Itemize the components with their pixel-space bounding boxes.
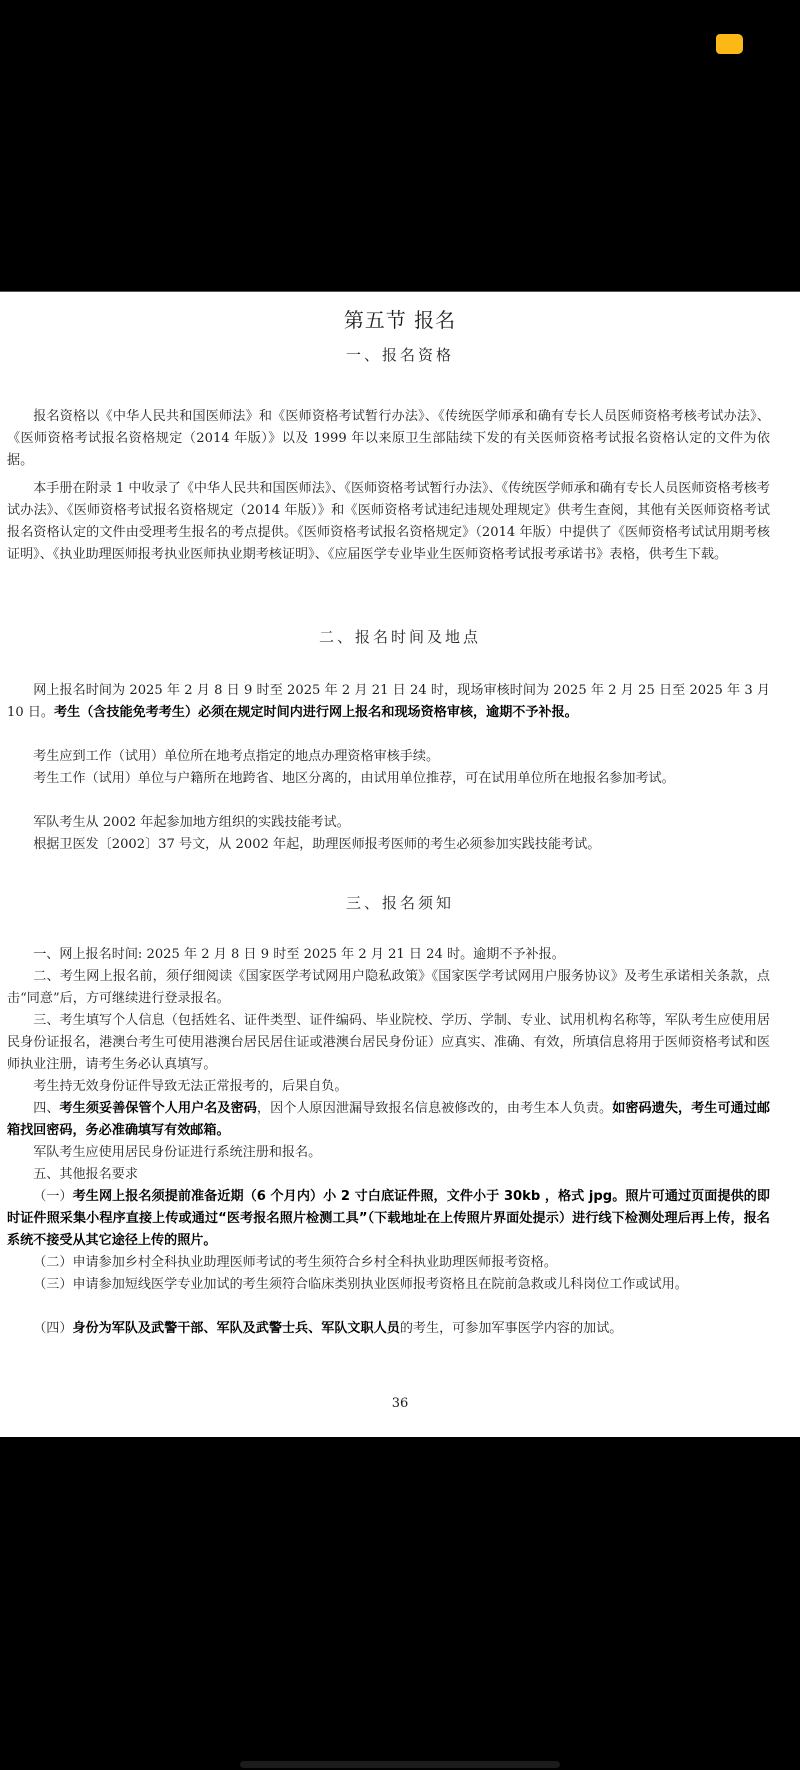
sub-item-3: （三）申请参加短线医学专业加试的考生须符合临床类别执业医师报考资格且在院前急救或… [7,1274,770,1296]
notice-item-4: 四、考生须妥善保管个人用户名及密码，因个人原因泄漏导致报名信息被修改的，由考生本… [7,1098,770,1142]
text-normal: 的考生，可参加军事医学内容的加试。 [400,1321,623,1336]
paragraph: 网上报名时间为 2025 年 2 月 8 日 9 时至 2025 年 2 月 2… [7,680,770,724]
notice-item-5: 五、其他报名要求 [7,1164,770,1186]
sub-item-4: （四）身份为军队及武警干部、军队及武警士兵、军队文职人员的考生，可参加军事医学内… [7,1318,770,1340]
sub-item-1: （一）考生网上报名须提前准备近期（6 个月内）小 2 寸白底证件照，文件小于 3… [7,1186,770,1252]
text-bold: 考生网上报名须提前准备近期（6 个月内）小 2 寸白底证件照，文件小于 30kb… [7,1189,770,1248]
notice-item-1: 一、网上报名时间: 2025 年 2 月 8 日 9 时至 2025 年 2 月… [7,944,770,966]
text-normal: 四、 [33,1101,59,1116]
text-normal: （一） [33,1189,72,1204]
sub-item-2: （二）申请参加乡村全科执业助理医师考试的考生须符合乡村全科执业助理医师报考资格。 [7,1252,770,1274]
text-bold: 考生（含技能免考考生）必须在规定时间内进行网上报名和现场资格审核，逾期不予补报。 [54,705,578,720]
home-indicator[interactable] [240,1761,560,1768]
notice-item-2: 二、考生网上报名前，须仔细阅读《国家医学考试网用户隐私政策》《国家医学考试网用户… [7,966,770,1010]
paragraph: 报名资格以《中华人民共和国医师法》和《医师资格考试暂行办法》、《传统医学师承和确… [7,406,770,472]
text-bold: 考生须妥善保管个人用户名及密码 [60,1101,257,1116]
notice-item-3: 三、考生填写个人信息（包括姓名、证件类型、证件编码、毕业院校、学历、学制、专业、… [7,1010,770,1076]
page-title: 第五节 报名 [0,304,800,333]
notice-item-3-note: 考生持无效身份证件导致无法正常报考的，后果自负。 [7,1076,770,1098]
paragraph: 考生应到工作（试用）单位所在地考点指定的地点办理资格审核手续。 [7,746,770,768]
text-normal: （四） [33,1321,72,1336]
text-bold: 身份为军队及武警干部、军队及武警士兵、军队文职人员 [72,1321,399,1336]
paragraph: 军队考生从 2002 年起参加地方组织的实践技能考试。 [7,812,770,834]
text-normal: ，因个人原因泄漏导致报名信息被修改的，由考生本人负责。 [257,1101,612,1116]
section-heading-time-place: 二、报名时间及地点 [0,626,800,647]
paragraph: 根据卫医发〔2002〕37 号文，从 2002 年起，助理医师报考医师的考生必须… [7,834,770,856]
document-page: 第五节 报名 一、报名资格 报名资格以《中华人民共和国医师法》和《医师资格考试暂… [0,291,800,1437]
notice-item-4-note: 军队考生应使用居民身份证进行系统注册和报名。 [7,1142,770,1164]
paragraph: 本手册在附录 1 中收录了《中华人民共和国医师法》、《医师资格考试暂行办法》、《… [7,478,770,566]
section-heading-eligibility: 一、报名资格 [0,344,800,365]
section-heading-notice: 三、报名须知 [0,892,800,913]
status-indicator-badge [716,34,743,54]
paragraph: 考生工作（试用）单位与户籍所在地跨省、地区分离的，由试用单位推荐，可在试用单位所… [7,768,770,790]
page-number: 36 [0,1396,800,1411]
